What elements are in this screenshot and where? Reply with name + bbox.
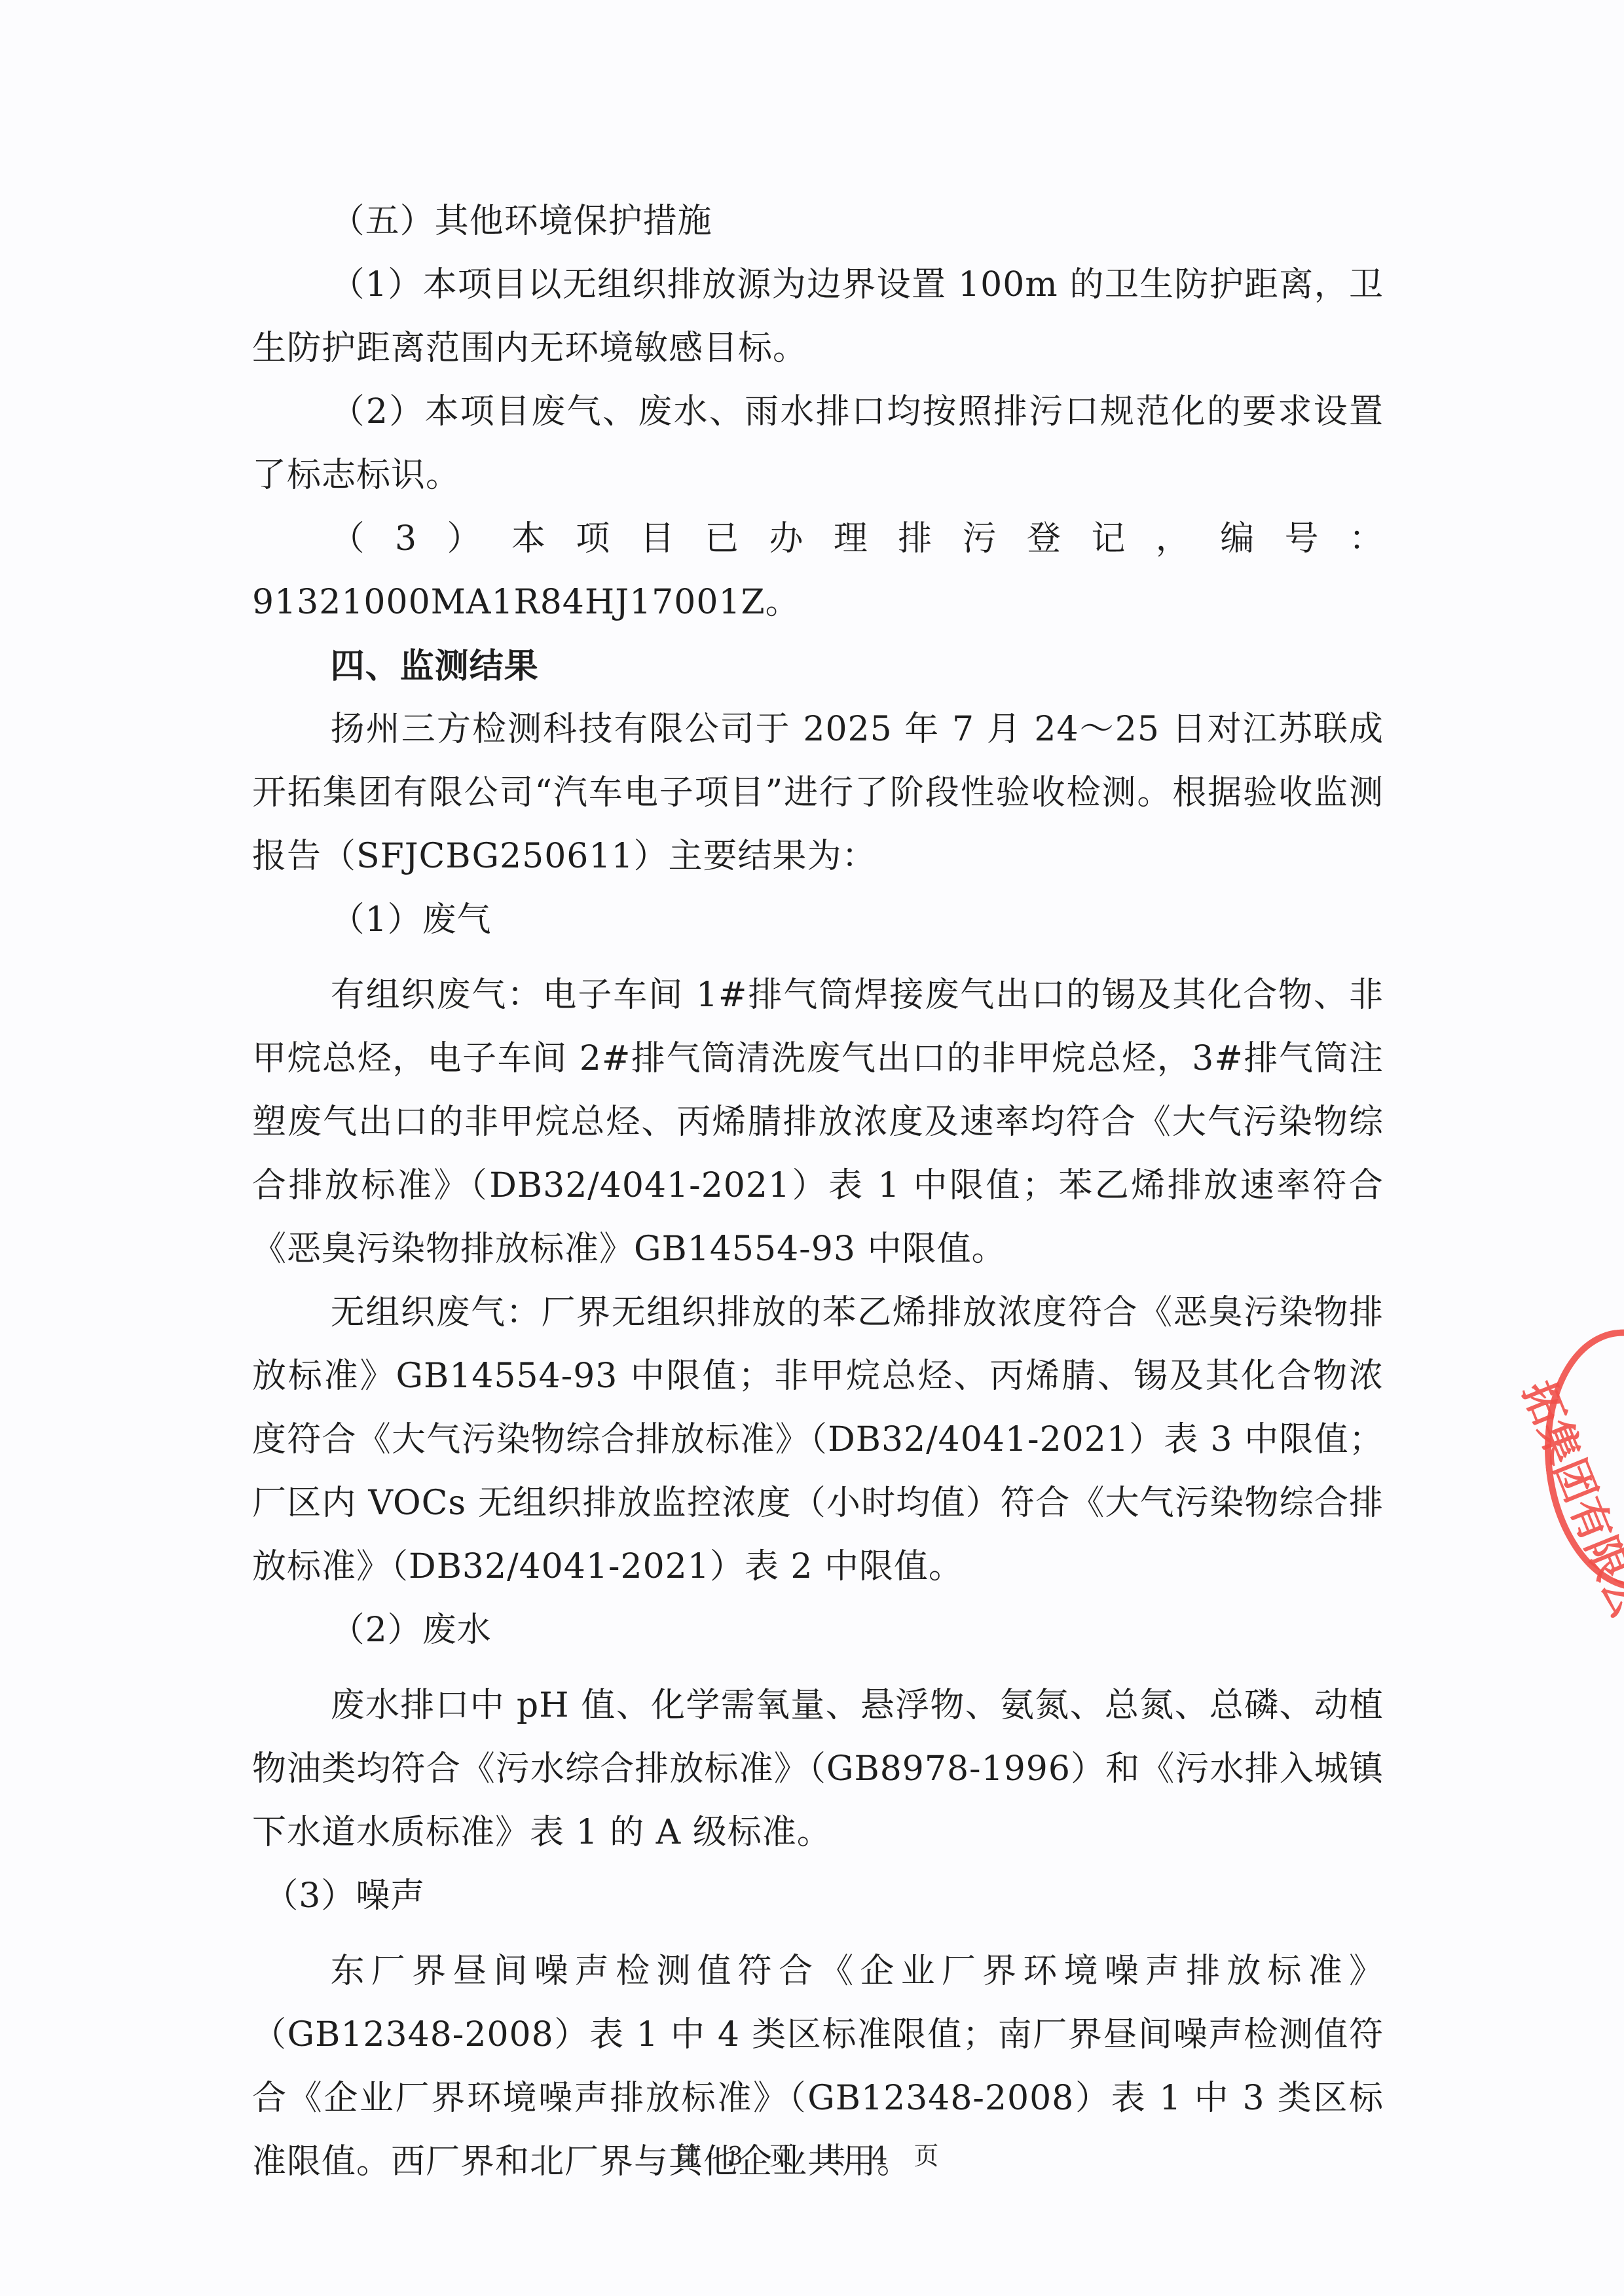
section-5-item-2: （2）本项目废气、废水、雨水排口均按照排污口规范化的要求设置了标志标识。 xyxy=(252,380,1384,507)
document-body: （五）其他环境保护措施 （1）本项目以无组织排放源为边界设置 100m 的卫生防… xyxy=(252,190,1384,2194)
section-5-item-3: （3）本项目已办理排污登记，编号：91321000MA1R84HJ17001Z。 xyxy=(252,507,1384,634)
subsection-exhaust-title: （1）废气 xyxy=(252,888,1384,952)
section-4-title: 四、监测结果 xyxy=(252,634,1384,698)
section-4-intro: 扬州三方检测科技有限公司于 2025 年 7 月 24～25 日对江苏联成开拓集… xyxy=(252,698,1384,888)
subsection-wastewater-title: （2）废水 xyxy=(252,1599,1384,1662)
section-5-title: （五）其他环境保护措施 xyxy=(252,190,1384,253)
section-5-item-1: （1）本项目以无组织排放源为边界设置 100m 的卫生防护距离，卫生防护距离范围… xyxy=(252,253,1384,380)
subsection-noise-title: （3）噪声 xyxy=(252,1865,1384,1928)
page-number-footer: 第 3 页 共 4 页 xyxy=(0,2136,1624,2172)
organized-exhaust-paragraph: 有组织废气：电子车间 1#排气筒焊接废气出口的锡及其化合物、非甲烷总烃，电子车间… xyxy=(252,964,1384,1281)
document-page: （五）其他环境保护措施 （1）本项目以无组织排放源为边界设置 100m 的卫生防… xyxy=(0,0,1624,2296)
fugitive-exhaust-paragraph: 无组织废气：厂界无组织排放的苯乙烯排放浓度符合《恶臭污染物排放标准》GB1455… xyxy=(252,1281,1384,1599)
wastewater-paragraph: 废水排口中 pH 值、化学需氧量、悬浮物、氨氮、总氮、总磷、动植物油类均符合《污… xyxy=(252,1674,1384,1865)
